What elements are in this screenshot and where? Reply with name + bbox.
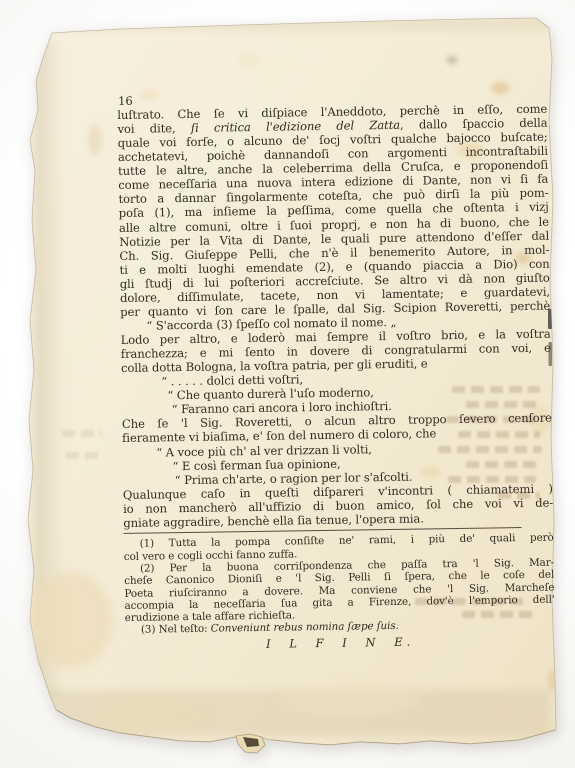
text-segment: voi dite, xyxy=(117,121,191,136)
paper-curl xyxy=(236,734,265,753)
printed-text: 16 luſtrato. Che ſe vi diſpiace l'Aneddo… xyxy=(117,89,555,653)
text-segment: (3) Nel teſto: xyxy=(141,623,211,636)
show-through-smudge xyxy=(66,452,100,459)
photo-backdrop: 16 luſtrato. Che ſe vi diſpiace l'Aneddo… xyxy=(0,0,575,768)
show-through-smudge xyxy=(62,430,102,437)
text-segment-italic: Conveniunt rebus nomina ſæpe ſuis. xyxy=(211,620,399,635)
